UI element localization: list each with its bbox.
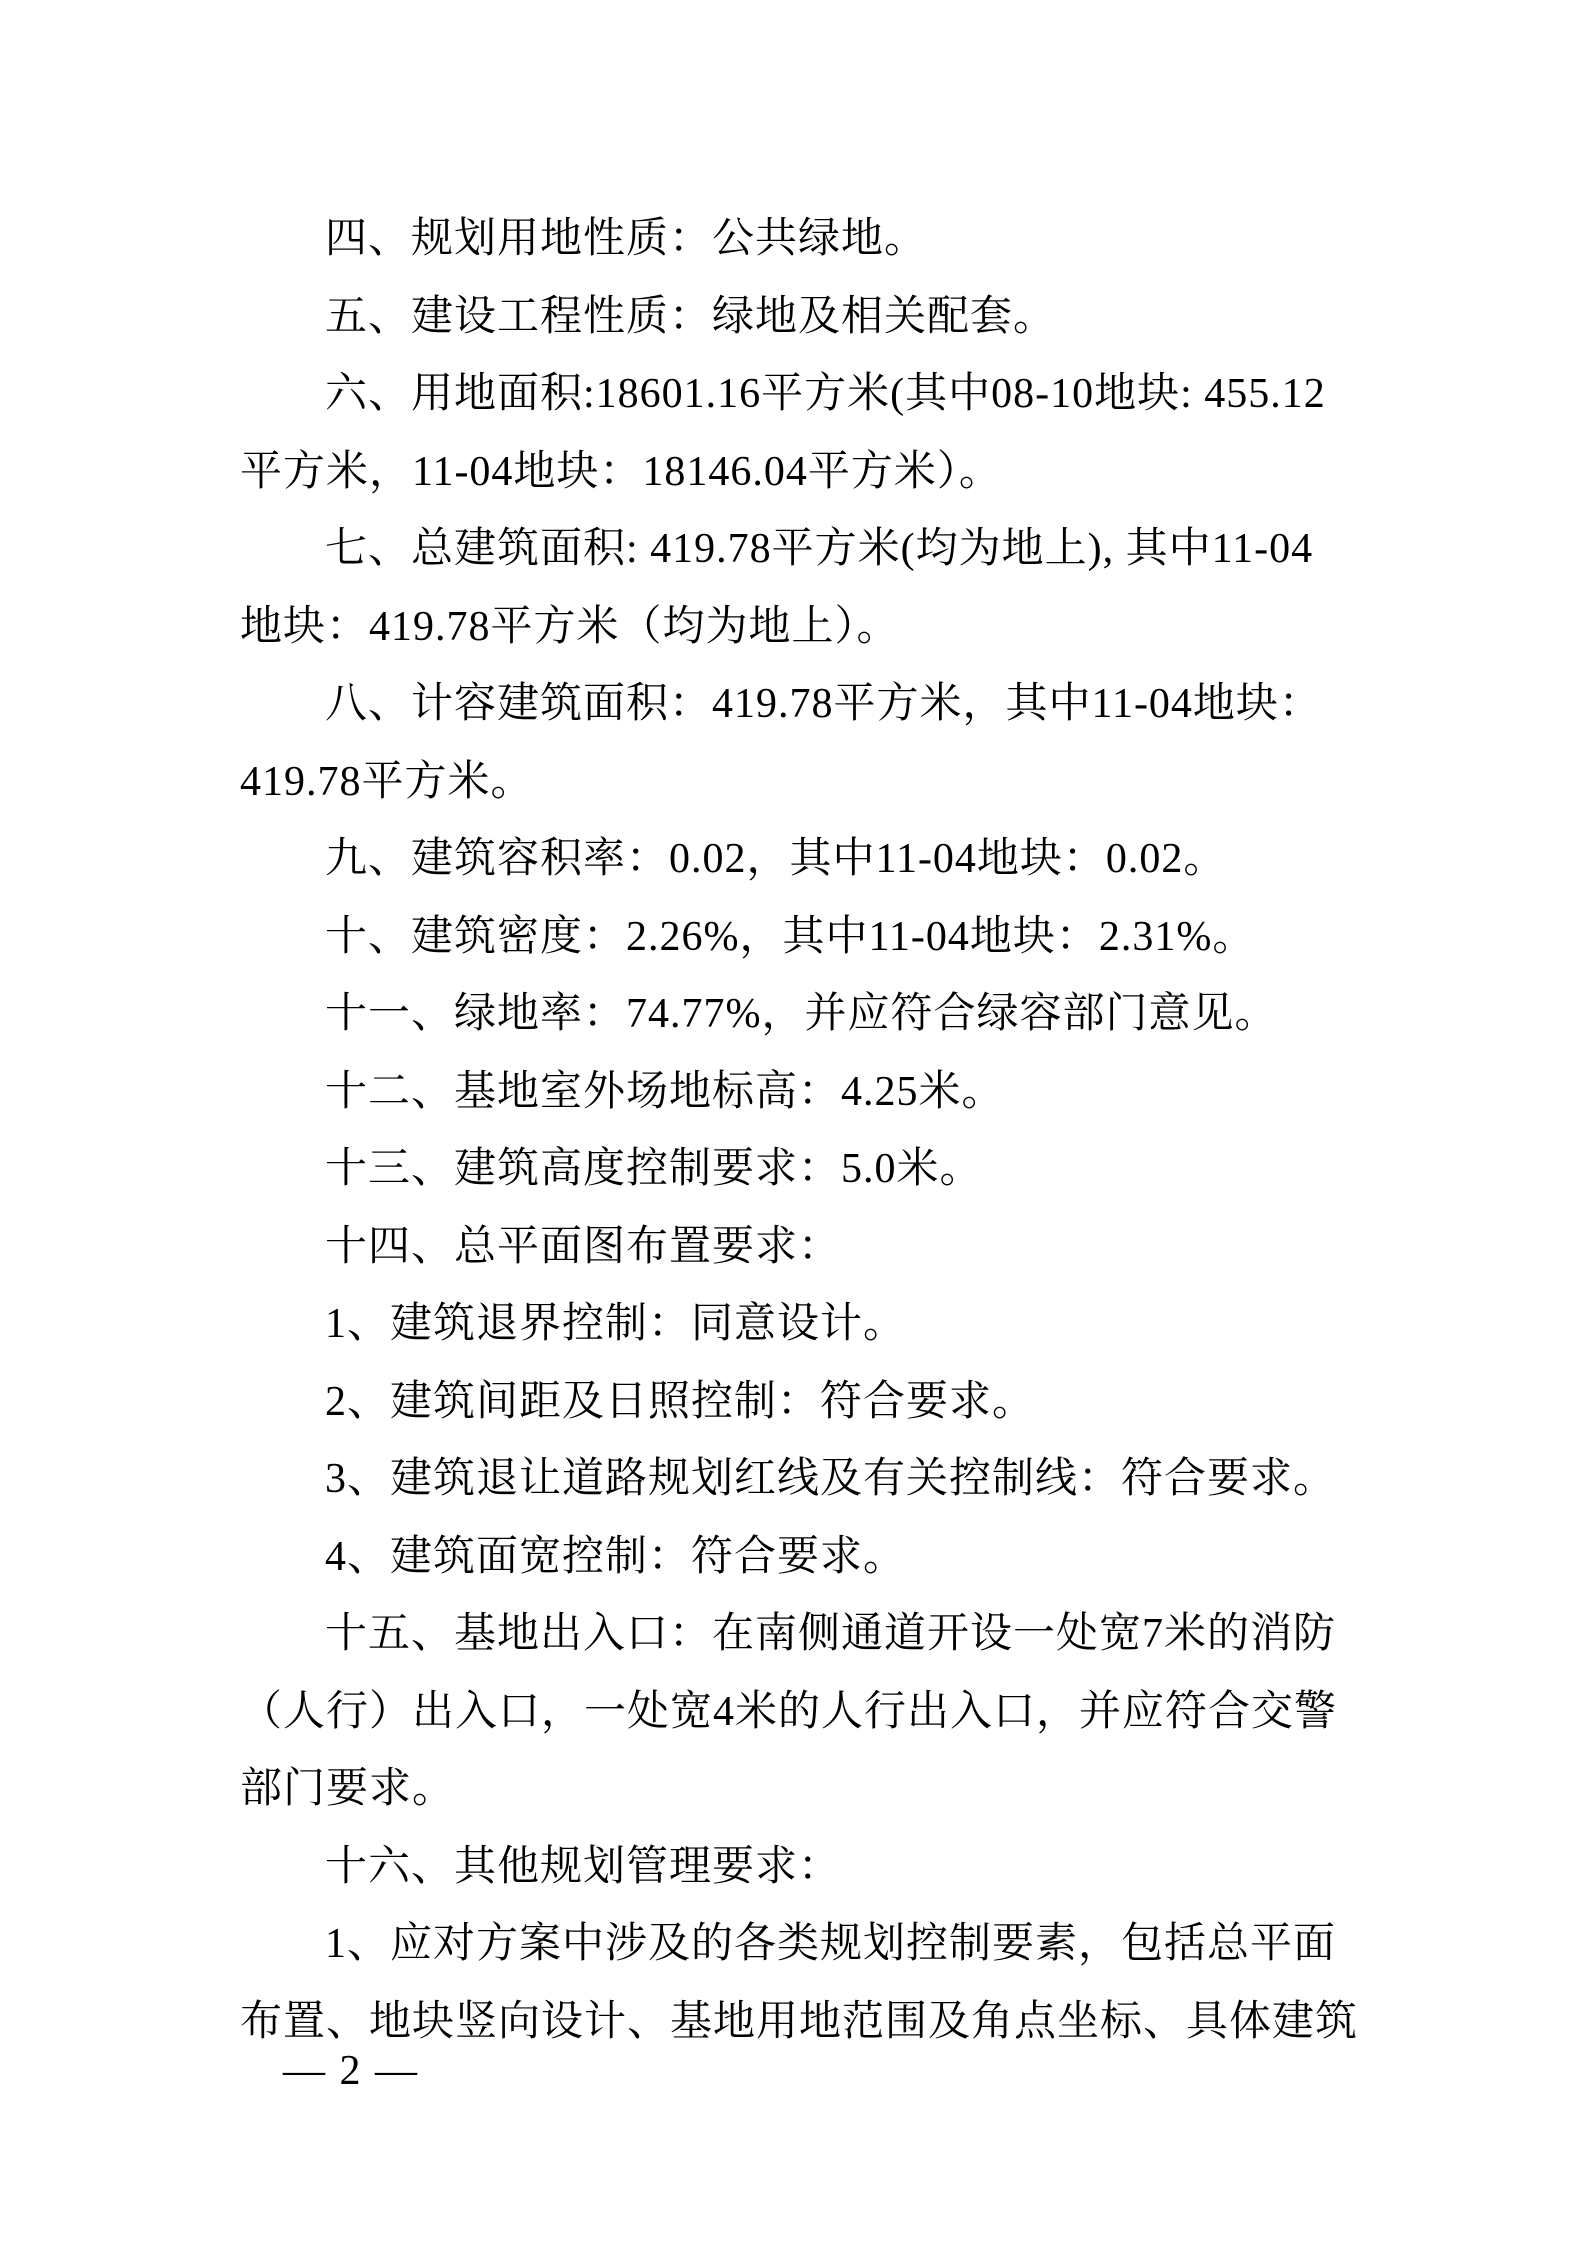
document-body: 四、规划用地性质：公共绿地。 五、建设工程性质：绿地及相关配套。 六、用地面积:… — [240, 201, 1350, 2061]
doc-line: 四、规划用地性质：公共绿地。 — [240, 201, 1350, 279]
doc-line: 十三、建筑高度控制要求：5.0米。 — [240, 1131, 1350, 1209]
doc-line: 十二、基地室外场地标高：4.25米。 — [240, 1054, 1350, 1132]
doc-line: 八、计容建筑面积：419.78平方米，其中11-04地块： — [240, 666, 1350, 744]
doc-line: 4、建筑面宽控制：符合要求。 — [240, 1519, 1350, 1597]
doc-line: 十四、总平面图布置要求： — [240, 1209, 1350, 1287]
doc-line: 3、建筑退让道路规划红线及有关控制线：符合要求。 — [240, 1441, 1350, 1519]
doc-line: 地块：419.78平方米（均为地上）。 — [240, 589, 1350, 667]
page-number: — 2 — — [283, 2048, 419, 2094]
document-page: 四、规划用地性质：公共绿地。 五、建设工程性质：绿地及相关配套。 六、用地面积:… — [0, 0, 1587, 2245]
doc-line: （人行）出入口，一处宽4米的人行出入口，并应符合交警 — [240, 1674, 1350, 1752]
doc-line: 2、建筑间距及日照控制：符合要求。 — [240, 1364, 1350, 1442]
doc-line: 平方米，11-04地块：18146.04平方米）。 — [240, 434, 1350, 512]
doc-line: 五、建设工程性质：绿地及相关配套。 — [240, 279, 1350, 357]
doc-line: 部门要求。 — [240, 1751, 1350, 1829]
doc-line: 十一、绿地率：74.77%，并应符合绿容部门意见。 — [240, 976, 1350, 1054]
doc-line: 六、用地面积:18601.16平方米(其中08-10地块: 455.12 — [240, 356, 1350, 434]
doc-line: 十五、基地出入口：在南侧通道开设一处宽7米的消防 — [240, 1596, 1350, 1674]
doc-line: 七、总建筑面积: 419.78平方米(均为地上), 其中11-04 — [240, 511, 1350, 589]
doc-line: 十、建筑密度：2.26%，其中11-04地块：2.31%。 — [240, 899, 1350, 977]
doc-line: 十六、其他规划管理要求： — [240, 1829, 1350, 1907]
doc-line: 1、建筑退界控制：同意设计。 — [240, 1286, 1350, 1364]
doc-line: 419.78平方米。 — [240, 744, 1350, 822]
doc-line: 1、应对方案中涉及的各类规划控制要素，包括总平面 — [240, 1906, 1350, 1984]
doc-line: 九、建筑容积率：0.02，其中11-04地块：0.02。 — [240, 821, 1350, 899]
